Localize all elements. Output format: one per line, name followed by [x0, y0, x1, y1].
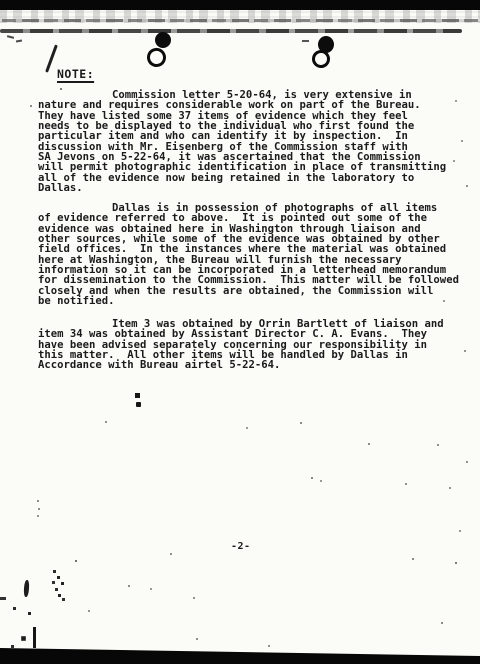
fastener-head-icon: [155, 32, 171, 48]
scan-streak-line: [0, 29, 462, 33]
scan-edge-bottom-bar: [0, 640, 480, 664]
ink-dot-mark: [136, 402, 141, 407]
paragraph-1: Commission letter 5-20-64, is very exten…: [38, 90, 470, 193]
page-number: -2-: [231, 541, 251, 552]
handwritten-slash-mark: [45, 44, 57, 72]
paragraph-3: Item 3 was obtained by Orrin Bartlett of…: [38, 319, 470, 371]
ink-blob-mark: [23, 580, 29, 597]
scan-edge-top-bar: [0, 0, 480, 10]
scan-speckle-noise: [0, 0, 3, 3]
ink-dot-mark: [135, 393, 140, 398]
fastener-ring-icon: [145, 46, 167, 68]
pen-dash-mark: [7, 35, 14, 39]
note-label: NOTE:: [57, 67, 94, 81]
paragraph-2: Dallas is in possession of photographs o…: [38, 203, 470, 306]
scanned-memo-page: NOTE: Commission letter 5-20-64, is very…: [0, 0, 480, 664]
fastener-mark-icon: [308, 35, 340, 73]
scan-streak-line: [2, 19, 478, 22]
fastener-mark-icon: [145, 31, 175, 71]
ink-dash-mark: [0, 597, 6, 600]
pen-dash-mark: [16, 40, 22, 43]
pen-dash-mark: [302, 40, 309, 42]
ink-tick-mark: [33, 627, 36, 648]
